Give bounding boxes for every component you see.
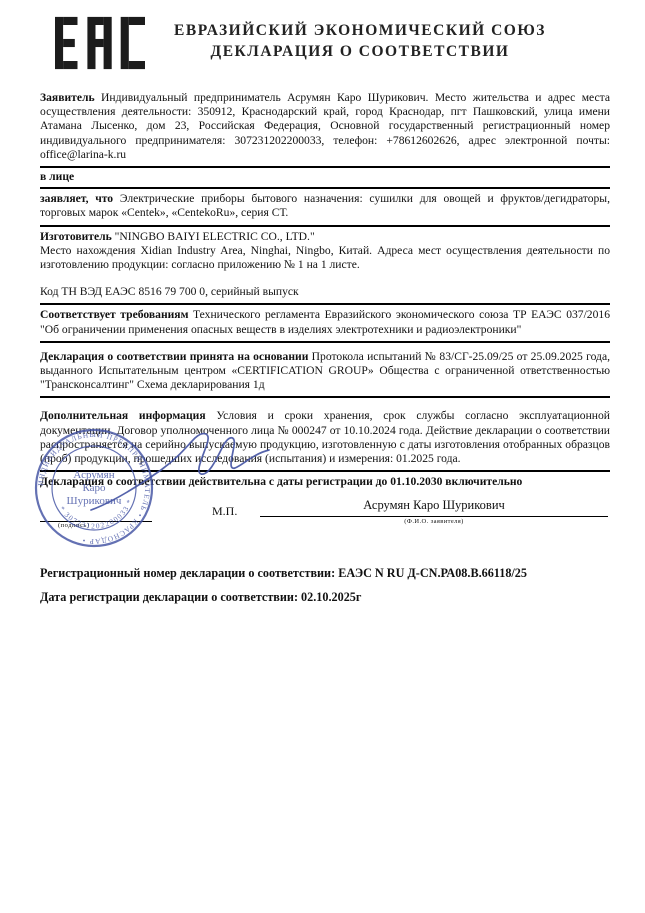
basis-label: Декларация о соответствии принята на осн… <box>40 350 308 363</box>
document-header: ЕВРАЗИЙСКИЙ ЭКОНОМИЧЕСКИЙ СОЮЗ ДЕКЛАРАЦИ… <box>40 0 610 88</box>
section-applicant: Заявитель Индивидуальный предприниматель… <box>40 88 610 168</box>
signature-caption: (подпись) <box>58 522 89 529</box>
declares-label: заявляет, что <box>40 192 113 205</box>
manufacturer-name: "NINGBO BAIYI ELECTRIC CO., LTD." <box>115 230 315 243</box>
registration-number-line: Регистрационный номер декларации о соотв… <box>40 566 610 581</box>
signature-line <box>40 521 152 522</box>
registration-date-label: Дата регистрации декларации о соответств… <box>40 590 298 604</box>
signature-area: (подпись) М.П. Асрумян Каро Шурикович (Ф… <box>40 491 610 549</box>
section-declares: заявляет, что Электрические приборы быто… <box>40 189 610 226</box>
tnved-code-line: Код ТН ВЭД ЕАЭС 8516 79 700 0, серийный … <box>40 285 610 299</box>
section-in-person: в лице <box>40 168 610 189</box>
manufacturer-label: Изготовитель <box>40 230 112 243</box>
signatory-name-line <box>260 516 608 517</box>
document-title: ЕВРАЗИЙСКИЙ ЭКОНОМИЧЕСКИЙ СОЮЗ ДЕКЛАРАЦИ… <box>110 20 610 62</box>
declares-text: Электрические приборы бытового назначени… <box>40 192 610 219</box>
validity-statement: Декларация о соответствии действительна … <box>40 472 610 491</box>
declaration-document: ЕВРАЗИЙСКИЙ ЭКОНОМИЧЕСКИЙ СОЮЗ ДЕКЛАРАЦИ… <box>0 0 645 913</box>
title-line-declaration: ДЕКЛАРАЦИЯ О СООТВЕТСТВИИ <box>110 41 610 62</box>
signatory-block: Асрумян Каро Шурикович (Ф.И.О. заявителя… <box>260 497 608 525</box>
section-additional-info: Дополнительная информация Условия и срок… <box>40 398 610 472</box>
signatory-name-caption: (Ф.И.О. заявителя) <box>260 518 608 525</box>
document-content: ЕВРАЗИЙСКИЙ ЭКОНОМИЧЕСКИЙ СОЮЗ ДЕКЛАРАЦИ… <box>40 0 610 605</box>
in-person-label: в лице <box>40 170 74 183</box>
section-basis: Декларация о соответствии принята на осн… <box>40 343 610 399</box>
manufacturer-line: Изготовитель "NINGBO BAIYI ELECTRIC CO.,… <box>40 230 610 244</box>
registration-date-line: Дата регистрации декларации о соответств… <box>40 590 610 605</box>
applicant-text: Индивидуальный предприниматель Асрумян К… <box>40 91 610 161</box>
signatory-name: Асрумян Каро Шурикович <box>260 497 608 513</box>
title-line-union: ЕВРАЗИЙСКИЙ ЭКОНОМИЧЕСКИЙ СОЮЗ <box>110 20 610 41</box>
additional-info-label: Дополнительная информация <box>40 409 206 422</box>
section-manufacturer: Изготовитель "NINGBO BAIYI ELECTRIC CO.,… <box>40 227 610 306</box>
complies-label: Соответствует требованиям <box>40 308 188 321</box>
manufacturer-address: Место нахождения Xidian Industry Area, N… <box>40 244 610 272</box>
registration-number-label: Регистрационный номер декларации о соотв… <box>40 566 335 580</box>
stamp-place-label: М.П. <box>212 504 237 519</box>
section-complies: Соответствует требованиям Технического р… <box>40 305 610 342</box>
registration-date-value: 02.10.2025г <box>301 590 361 604</box>
registration-number-value: ЕАЭС N RU Д-CN.РА08.В.66118/25 <box>338 566 527 580</box>
applicant-label: Заявитель <box>40 91 95 104</box>
